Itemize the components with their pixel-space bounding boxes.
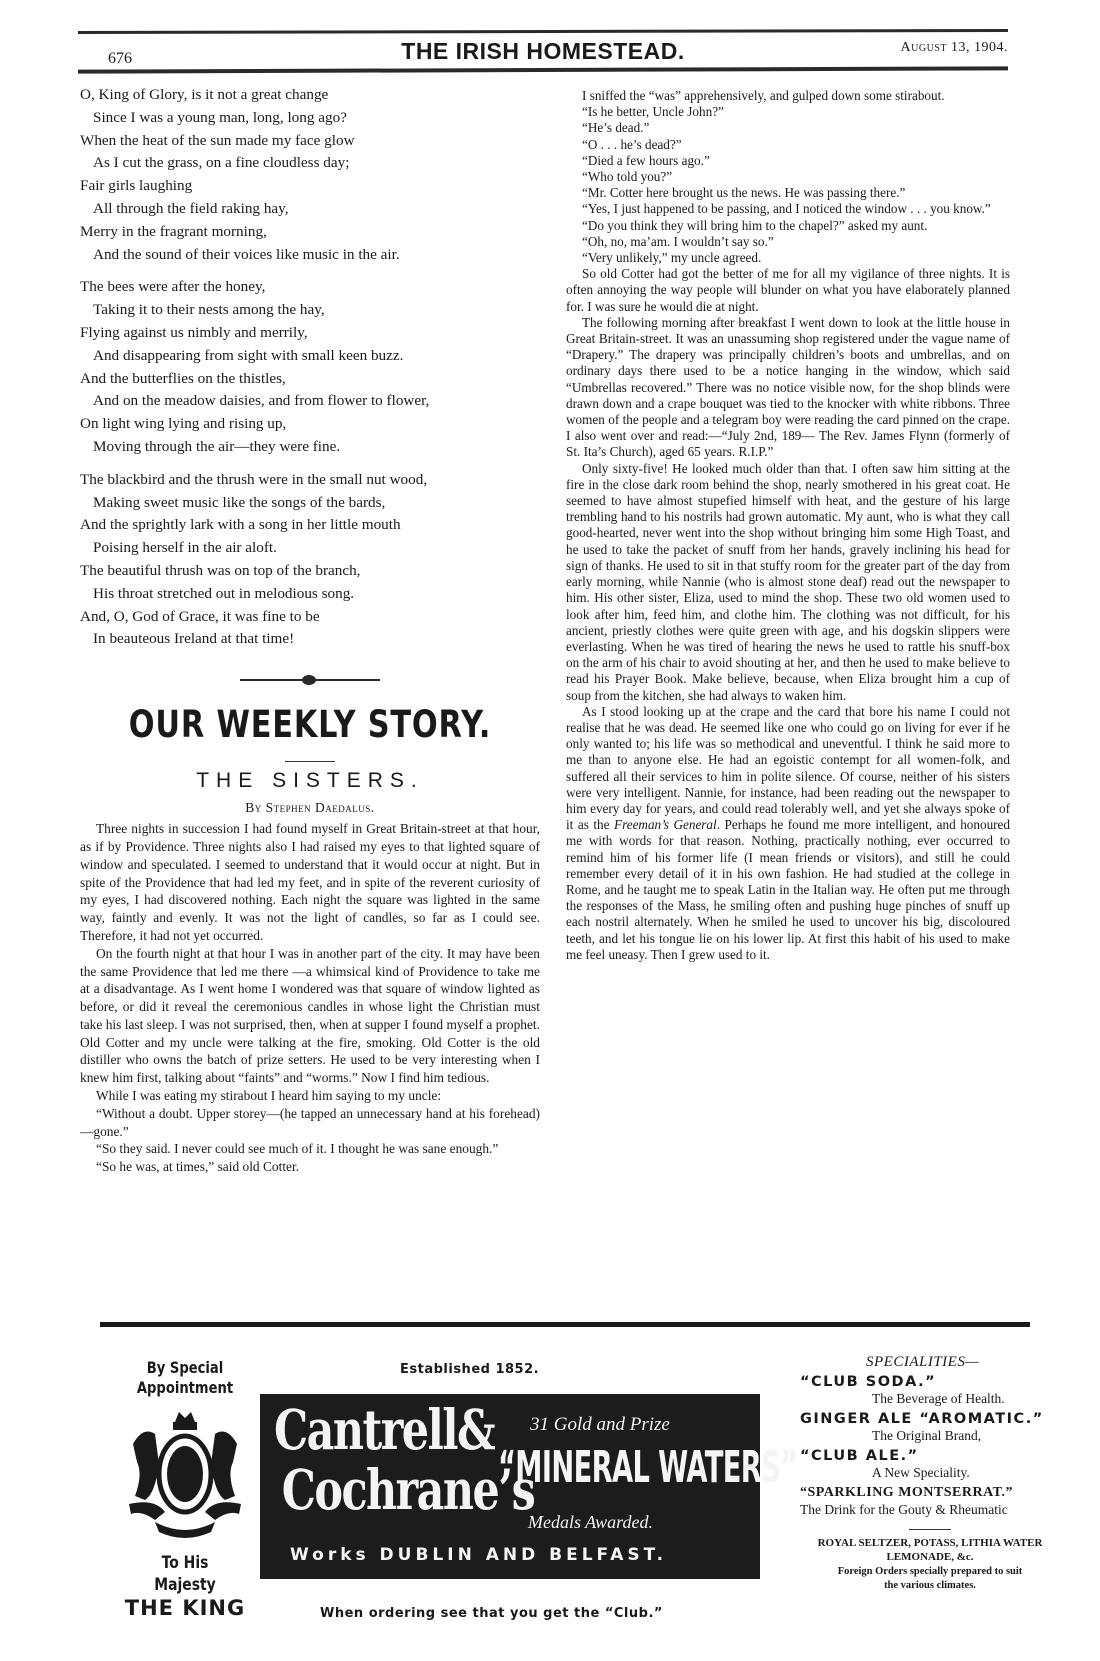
brand-name-line: Cochrane’s [274,1460,534,1520]
poem-line: And, O, God of Grace, it was fine to be [80,606,540,629]
established-year: Established 1852. [400,1362,539,1377]
speciality-desc: The Drink for the Gouty & Rheumatic [800,1501,1060,1519]
story-paragraph: “So he was, at times,” said old Cotter. [80,1158,540,1176]
royal-coat-of-arms-icon [125,1404,245,1544]
foreign-orders-note: Foreign Orders specially prepared to sui… [800,1566,1060,1578]
story-text-run: found me more intelligent, and honoured … [566,817,1010,962]
header-top-rule [78,29,1008,34]
story-paragraph: “So they said. I never could see much of… [80,1140,540,1158]
poem-line: Taking it to their nests among the hay, [80,299,540,322]
poem-line: In beauteous Ireland at that time! [80,628,540,651]
section-ornament-divider [240,675,380,685]
speciality-name: “SPARKLING MONTSERRAT.” [800,1485,1060,1501]
specialities-heading: SPECIALITIES— [800,1354,1060,1371]
story-paragraph: “Without a doubt. Upper storey—(he tappe… [80,1105,540,1141]
speciality-name: “CLUB ALE.” [800,1448,1060,1464]
poem-line: As I cut the grass, on a fine cloudless … [80,152,540,175]
specialities-divider [909,1529,951,1530]
royal-warrant: By Special Appointment To His Majesty TH… [120,1358,250,1620]
poem-line: And the butterflies on the thistles, [80,368,540,391]
story-text-run: As I stood looking up at the crape and t… [566,704,1010,832]
poem-line: His throat stretched out in melodious so… [80,583,540,606]
section-title: OUR WEEKLY STORY. [121,703,498,747]
warrant-line: By Special [132,1358,239,1378]
poem-line: The bees were after the honey, [80,276,540,299]
advertisement: By Special Appointment To His Majesty TH… [100,1330,1060,1650]
page-header: 676 THE IRISH HOMESTEAD. August 13, 1904… [78,36,1008,70]
poem-stanza: The blackbird and the thrush were in the… [80,469,540,651]
poem-line: O, King of Glory, is it not a great chan… [80,84,540,107]
left-column: O, King of Glory, is it not a great chan… [80,84,540,1176]
poem-line: Making sweet music like the songs of the… [80,492,540,515]
poem-line: And disappearing from sight with small k… [80,345,540,368]
story-paragraph: Only sixty-five! He looked much older th… [566,461,1010,704]
story-paragraph: I sniffed the “was” apprehensively, and … [566,88,1010,104]
poem-stanza: The bees were after the honey, Taking it… [80,276,540,458]
poem-line: Merry in the fragrant morning, [80,221,540,244]
poem-line: Poising herself in the air aloft. [80,537,540,560]
story-paragraph: “Do you think they will bring him to the… [566,218,1010,234]
masthead-title: THE IRISH HOMESTEAD. [78,38,1008,65]
poem: O, King of Glory, is it not a great chan… [80,84,540,651]
poem-line: And the sound of their voices like music… [80,244,540,267]
ordering-note: When ordering see that you get the “Club… [320,1606,663,1621]
advertisement-top-rule [100,1322,1030,1327]
title-divider [285,761,335,762]
poem-line: And on the meadow daisies, and from flow… [80,390,540,413]
poem-line: The blackbird and the thrush were in the… [80,469,540,492]
speciality-name: “CLUB SODA.” [800,1374,1060,1390]
story-text-left: Three nights in succession I had found m… [80,820,540,1176]
story-byline: By Stephen Daedalus. [80,800,540,816]
speciality-name: GINGER ALE “AROMATIC.” [800,1411,1060,1427]
story-paragraph: “Died a few hours ago.” [566,153,1010,169]
poem-line: Since I was a young man, long, long ago? [80,107,540,130]
story-paragraph: While I was eating my stirabout I heard … [80,1087,540,1105]
poem-line: Fair girls laughing [80,175,540,198]
right-column: I sniffed the “was” apprehensively, and … [566,88,1010,963]
story-paragraph: “Who told you?” [566,169,1010,185]
speciality-desc: The Beverage of Health. [800,1390,1060,1408]
poem-line: All through the field raking hay, [80,198,540,221]
poem-line: The beautiful thrush was on top of the b… [80,560,540,583]
speciality-desc: A New Speciality. [800,1464,1060,1482]
specialities-list: SPECIALITIES— “CLUB SODA.” The Beverage … [800,1354,1060,1592]
poem-line: And the sprightly lark with a song in he… [80,514,540,537]
story-paragraph: “Yes, I just happened to be passing, and… [566,201,1010,217]
story-text-run: . Perhaps he [717,817,788,832]
speciality-desc: The Original Brand, [800,1427,1060,1445]
poem-line: Moving through the air—they were fine. [80,436,540,459]
story-text-right: I sniffed the “was” apprehensively, and … [566,88,1010,963]
story-paragraph: Three nights in succession I had found m… [80,820,540,945]
story-paragraph: “Very unlikely,” my uncle agreed. [566,250,1010,266]
other-products: LEMONADE, &c. [800,1550,1060,1564]
story-paragraph: “Oh, no, ma’am. I wouldn’t say so.” [566,234,1010,250]
poem-line: On light wing lying and rising up, [80,413,540,436]
warrant-line: To His Majesty [132,1552,239,1596]
story-paragraph: As I stood looking up at the crape and t… [566,704,1010,963]
story-paragraph: “Mr. Cotter here brought us the news. He… [566,185,1010,201]
foreign-orders-note: the various climates. [800,1580,1060,1592]
newspaper-page: 676 THE IRISH HOMESTEAD. August 13, 1904… [0,0,1100,1661]
newspaper-name-italic: Freeman’s General [614,817,717,832]
story-paragraph: The following morning after breakfast I … [566,315,1010,461]
warrant-line: THE KING [120,1596,250,1620]
brand-name-line: Cantrell& [274,1397,494,1462]
story-paragraph: “O . . . he’s dead?” [566,137,1010,153]
brand-name: Cantrell& Cochrane’s [274,1400,534,1520]
issue-date: August 13, 1904. [901,40,1008,56]
works-location: Works DUBLIN AND BELFAST. [290,1545,667,1565]
story-paragraph: On the fourth night at that hour I was i… [80,945,540,1087]
poem-line: Flying against us nimbly and merrily, [80,322,540,345]
story-paragraph: So old Cotter had got the better of me f… [566,266,1010,315]
medals-text: 31 Gold and Prize [530,1414,670,1436]
brand-banner: Cantrell& Cochrane’s 31 Gold and Prize “… [260,1394,760,1579]
poem-stanza: O, King of Glory, is it not a great chan… [80,84,540,266]
story-title: THE SISTERS. [80,768,540,794]
product-name: “MINERAL WATERS” [498,1442,797,1493]
story-paragraph: “He’s dead.” [566,120,1010,136]
other-products: ROYAL SELTZER, POTASS, LITHIA WATER [800,1536,1060,1550]
warrant-line: Appointment [132,1378,239,1398]
poem-line: When the heat of the sun made my face gl… [80,130,540,153]
story-paragraph: “Is he better, Uncle John?” [566,104,1010,120]
medals-text: Medals Awarded. [528,1512,653,1533]
